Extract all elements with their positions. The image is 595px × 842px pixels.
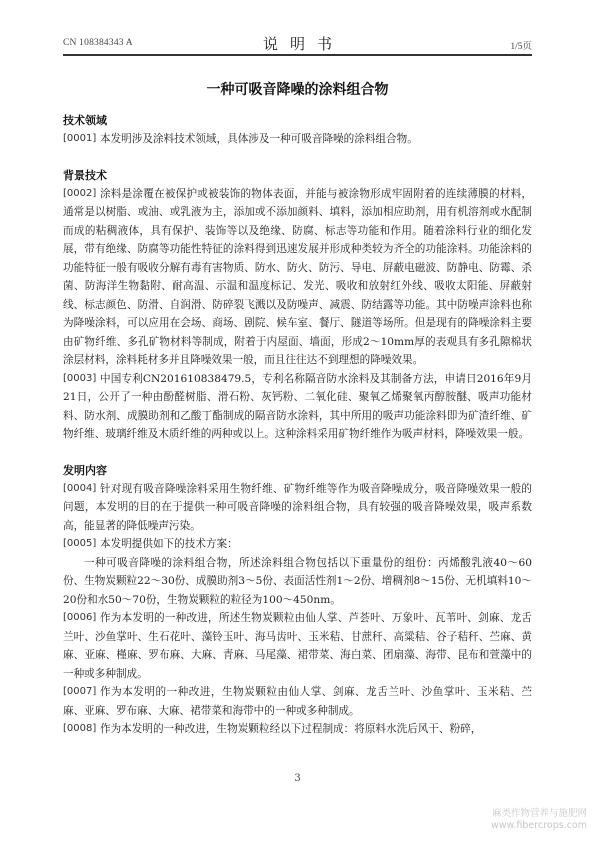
watermark: 麻类作物营养与施肥网 www.fibercrops.com: [491, 808, 587, 832]
paragraph-number: [0007]: [63, 683, 96, 702]
paragraph-text: 作为本发明的一种改进，生物炭颗粒经以下过程制成：将原料水洗后风干、粉碎，: [63, 720, 532, 739]
page-number: 3: [0, 773, 595, 784]
page-indicator: 1/5页: [510, 38, 532, 52]
spacer: [63, 149, 532, 167]
paragraph-number: [0008]: [63, 720, 96, 739]
paragraph-text: 涂料是涂覆在被保护或被装饰的物体表面，并能与被涂物形成牢固附着的连续薄膜的材料，…: [63, 185, 532, 370]
paragraph-text: 本发明提供如下的技术方案：: [63, 535, 532, 554]
doc-type-heading: 说明书: [0, 33, 595, 54]
paragraph-text: 作为本发明的一种改进，生物炭颗粒由仙人掌、剑麻、龙舌兰叶、沙鱼掌叶、玉米秸、苎麻…: [63, 683, 532, 720]
paragraph-number: [0006]: [63, 609, 96, 628]
paragraph-text: 作为本发明的一种改进，所述生物炭颗粒由仙人掌、芦荟叶、万象叶、瓦苇叶、剑麻、龙舌…: [63, 609, 532, 683]
paragraph-0004: [0004] 针对现有吸音降噪涂料采用生物纤维、矿物纤维等作为吸音降噪成分，吸音…: [63, 480, 532, 536]
paragraph-0008: [0008] 作为本发明的一种改进，生物炭颗粒经以下过程制成：将原料水洗后风干、…: [63, 720, 532, 739]
paragraph-0003: [0003] 中国专利CN201610838479.5，专利名称隔音防水涂料及其…: [63, 370, 532, 444]
section-background: 背景技术 [0002] 涂料是涂覆在被保护或被装饰的物体表面，并能与被涂物形成牢…: [63, 167, 532, 444]
paragraph-0006: [0006] 作为本发明的一种改进，所述生物炭颗粒由仙人掌、芦荟叶、万象叶、瓦苇…: [63, 609, 532, 683]
section-heading: 发明内容: [63, 462, 532, 480]
paragraph-number: [0001]: [63, 130, 96, 149]
section-technical-field: 技术领域 [0001] 本发明涉及涂料技术领域，具体涉及一种可吸音降噪的涂料组合…: [63, 112, 532, 149]
section-heading: 背景技术: [63, 167, 532, 185]
document-title: 一种可吸音降噪的涂料组合物: [0, 79, 595, 99]
watermark-site-name: 麻类作物营养与施肥网: [491, 808, 587, 820]
paragraph-number: [0002]: [63, 185, 96, 204]
composition-paragraph: 一种可吸音降噪的涂料组合物，所述涂料组合物包括以下重量份的组份：丙烯酸乳液40～…: [63, 554, 532, 610]
document-body: 技术领域 [0001] 本发明涉及涂料技术领域，具体涉及一种可吸音降噪的涂料组合…: [63, 112, 532, 739]
paragraph-0005: [0005] 本发明提供如下的技术方案：: [63, 535, 532, 554]
paragraph-text: 中国专利CN201610838479.5，专利名称隔音防水涂料及其制备方法，申请…: [63, 370, 532, 444]
paragraph-0001: [0001] 本发明涉及涂料技术领域，具体涉及一种可吸音降噪的涂料组合物。: [63, 130, 532, 149]
section-heading: 技术领域: [63, 112, 532, 130]
watermark-url: www.fibercrops.com: [491, 820, 587, 832]
paragraph-0002: [0002] 涂料是涂覆在被保护或被装饰的物体表面，并能与被涂物形成牢固附着的连…: [63, 185, 532, 370]
paragraph-number: [0005]: [63, 535, 96, 554]
paragraph-text: 本发明涉及涂料技术领域，具体涉及一种可吸音降噪的涂料组合物。: [63, 130, 532, 149]
paragraph-0007: [0007] 作为本发明的一种改进，生物炭颗粒由仙人掌、剑麻、龙舌兰叶、沙鱼掌叶…: [63, 683, 532, 720]
header-rule: [63, 54, 532, 56]
paragraph-number: [0004]: [63, 480, 96, 499]
paragraph-number: [0003]: [63, 370, 96, 389]
paragraph-text: 针对现有吸音降噪涂料采用生物纤维、矿物纤维等作为吸音降噪成分，吸音降噪效果一般的…: [63, 480, 532, 536]
section-invention-content: 发明内容 [0004] 针对现有吸音降噪涂料采用生物纤维、矿物纤维等作为吸音降噪…: [63, 462, 532, 739]
spacer: [63, 444, 532, 462]
